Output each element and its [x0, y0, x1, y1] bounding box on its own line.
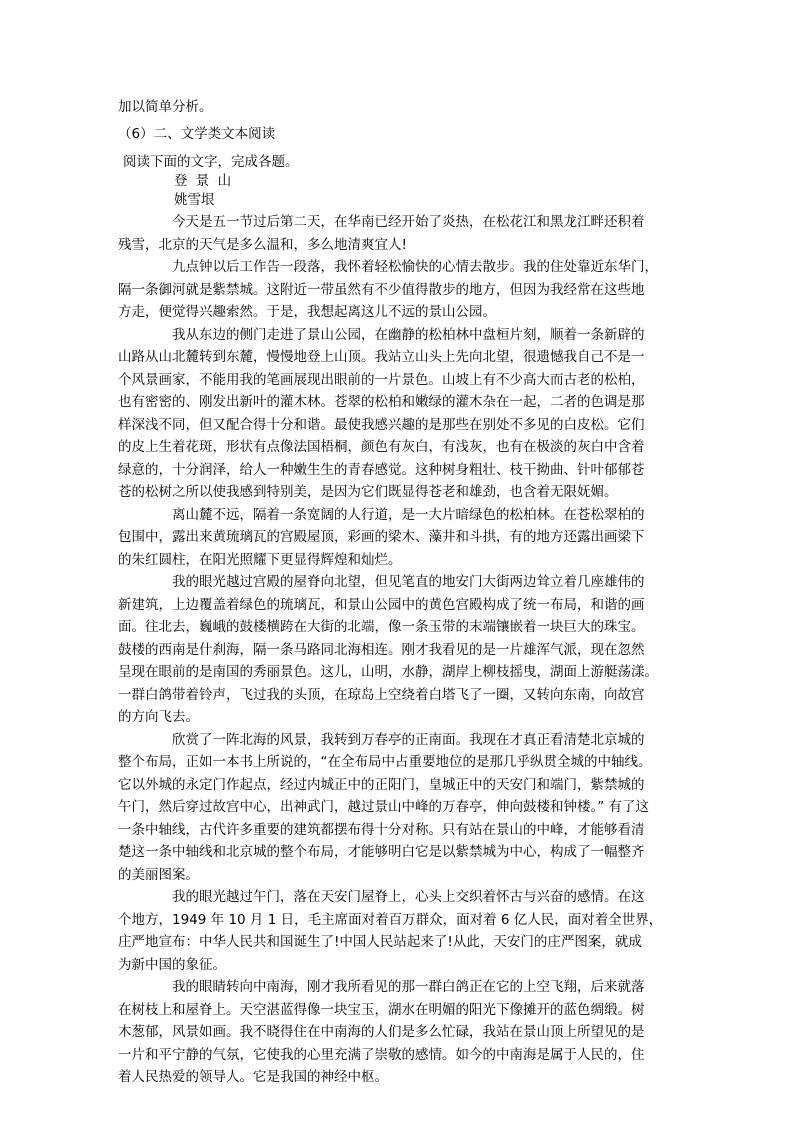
paragraph-5: 我的眼光越过宫殿的屋脊向北望，但见笔直的地安门大街两边耸立着几座雄伟的 新建筑，… [118, 571, 683, 729]
paragraph-2: 九点钟以后工作告一段落，我怀着轻松愉快的心情去散步。我的住处靠近东华门， 隔一条… [118, 256, 683, 324]
paragraph-6: 欣赏了一阵北海的风景，我转到万春亭的正南面。我现在才真正看清楚北京城的 整个布局… [118, 729, 683, 887]
paragraph-7: 我的眼光越过午门，落在天安门屋脊上，心头上交织着怀古与兴奋的感情。在这 个地方，… [118, 886, 683, 976]
article-author: 姚雪垠 [174, 191, 215, 209]
paragraph-8: 我的眼睛转向中南海，刚才我所看见的那一群白鸽正在它的上空飞翔，后来就落 在树枝上… [118, 976, 683, 1089]
previous-question-tail: 加以简单分析。 [118, 98, 213, 116]
section-heading: （6）二、文学类文本阅读 [118, 125, 275, 143]
reading-instruction: 阅读下面的文字，完成各题。 [123, 153, 299, 171]
article-title: 登 景 山 [174, 172, 233, 190]
paragraph-1: 今天是五一节过后第二天，在华南已经开始了炎热，在松花江和黑龙江畔还积着 残雪，北… [118, 211, 683, 256]
article-body: 今天是五一节过后第二天，在华南已经开始了炎热，在松花江和黑龙江畔还积着 残雪，北… [118, 211, 683, 1089]
paragraph-4: 离山麓不远，隔着一条宽阔的人行道，是一大片暗绿色的松柏林。在苍松翠柏的 包围中，… [118, 504, 683, 572]
paragraph-3: 我从东边的侧门走进了景山公园，在幽静的松柏林中盘桓片刻，顺着一条新辟的 山路从山… [118, 324, 683, 504]
